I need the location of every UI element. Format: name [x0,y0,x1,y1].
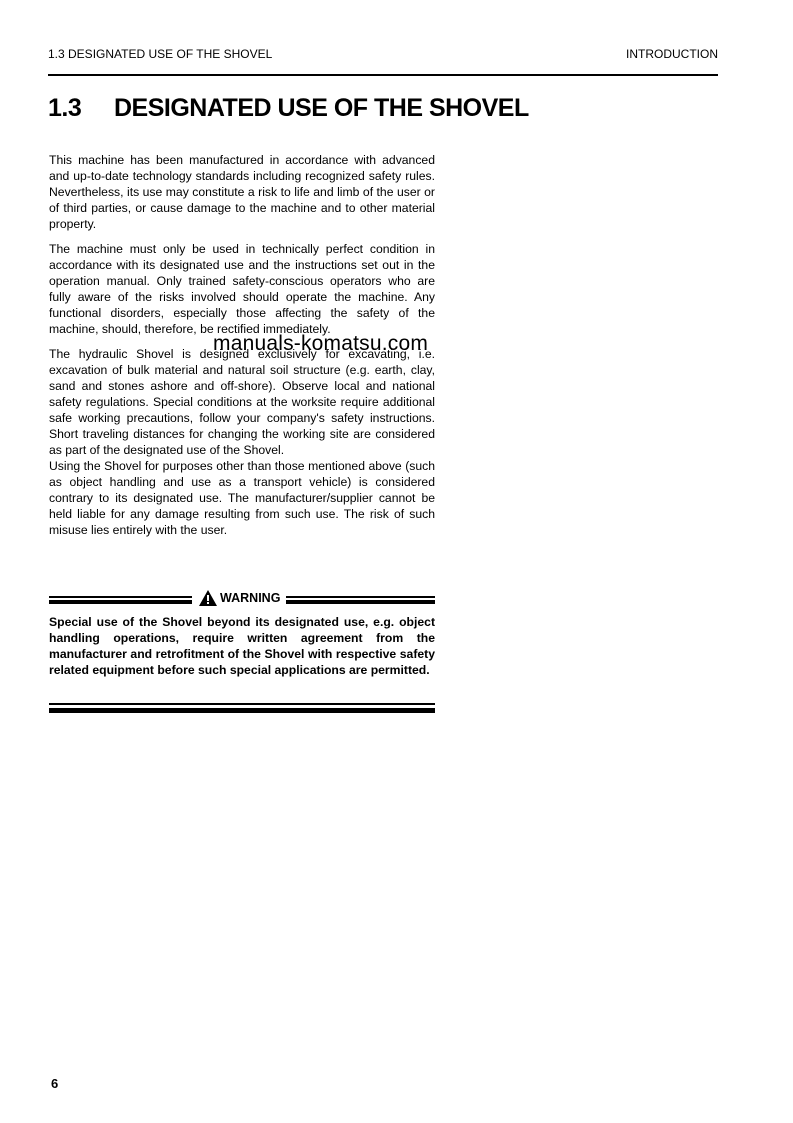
warning-triangle-icon [199,590,217,606]
warning-label-group: WARNING [199,590,280,606]
warning-text: Special use of the Shovel beyond its des… [49,614,435,678]
running-header: 1.3 DESIGNATED USE OF THE SHOVEL INTRODU… [48,47,718,63]
chapter-label: INTRODUCTION [626,47,718,61]
paragraph: Using the Shovel for purposes other than… [49,458,435,538]
section-label: 1.3 DESIGNATED USE OF THE SHOVEL [48,47,272,61]
warning-rule-right [286,596,435,605]
page-number: 6 [51,1076,58,1091]
section-number: 1.3 [48,94,114,123]
page-title: 1.3DESIGNATED USE OF THE SHOVEL [48,94,529,123]
paragraph: The hydraulic Shovel is designed exclusi… [49,346,435,458]
paragraph: This machine has been manufactured in ac… [49,152,435,232]
watermark: manuals-komatsu.com [213,332,428,356]
section-title: DESIGNATED USE OF THE SHOVEL [114,94,529,122]
paragraph: The machine must only be used in technic… [49,241,435,337]
warning-header: WARNING [49,590,435,606]
header-divider [48,74,718,76]
warning-label: WARNING [220,591,280,605]
warning-rule-left [49,596,192,605]
warning-bottom-rule [49,703,435,713]
